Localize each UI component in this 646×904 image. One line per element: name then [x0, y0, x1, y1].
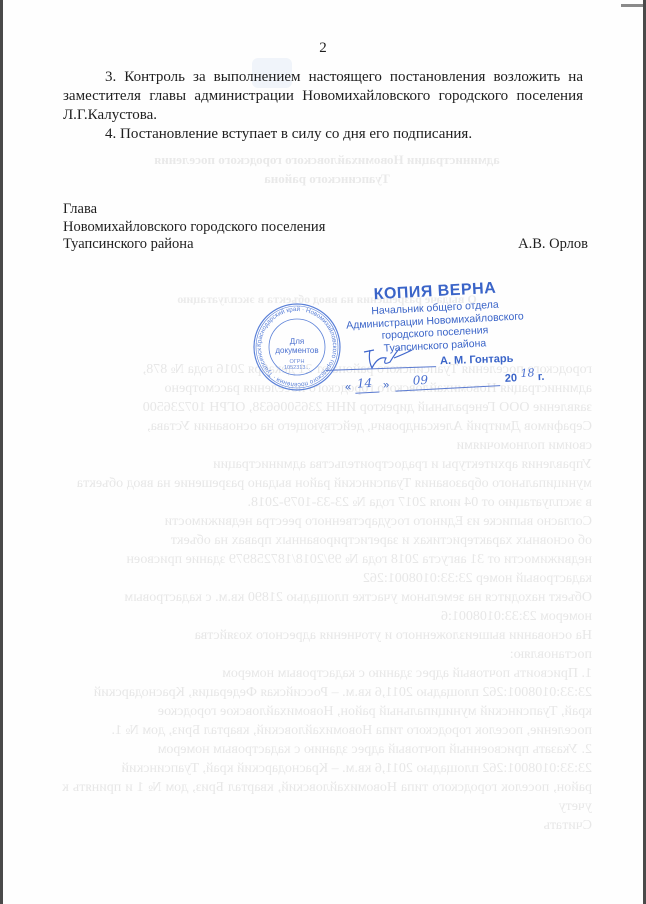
signatory-org: Новомихайловского городского поселения: [63, 219, 588, 237]
show-through-line: 2. Указать присвоенный почтовый адрес зд…: [62, 740, 592, 759]
date-month: 09: [412, 373, 428, 388]
paragraph-3: 3. Контроль за выполнением настоящего по…: [63, 68, 583, 125]
signatory-title: Глава: [63, 201, 588, 219]
show-through-line: недвижимости от 31 августа 2018 года № 9…: [62, 550, 592, 569]
svg-text:1052313...: 1052313...: [284, 365, 310, 371]
show-through-line: администрации Новомихайловского городско…: [62, 150, 592, 169]
show-through-line: Объект находится на земельном участке пл…: [62, 588, 592, 607]
show-through-line: Управления архитектуры и градостроительс…: [62, 455, 592, 474]
date-year-suffix: 18: [520, 366, 535, 380]
document-page: администрации Новомихайловского городско…: [0, 0, 646, 904]
show-through-line: в эксплуатацию от 04 июля 2017 года № 23…: [62, 493, 592, 512]
show-through-line: Серафимов Дмитрий Александрович, действу…: [62, 417, 592, 436]
date-open-quote: «: [345, 381, 352, 393]
show-through-line: 23:33:0108001:262 площадью 2011,6 кв.м. …: [62, 759, 592, 778]
scan-corner-mark: [621, 4, 643, 7]
show-through-line: кадастровый номер 23:33:0108001:262: [62, 569, 592, 588]
signature-block: Глава Новомихайловского городского посел…: [63, 201, 588, 254]
certifier-name: А. М. Гонтарь: [440, 353, 514, 368]
date-close-quote: »: [383, 379, 390, 391]
show-through-line: поселение, поселок городского типа Новом…: [62, 721, 592, 740]
paragraph-text: 3. Контроль за выполнением настоящего по…: [63, 69, 583, 123]
date-day: 14: [357, 376, 373, 391]
show-through-line: Туапсинского района: [62, 169, 592, 188]
copy-certification-stamp: КОПИЯ ВЕРНА Начальник общего отдела Адми…: [345, 282, 525, 352]
show-through-line: постановляю:: [62, 645, 592, 664]
show-through-line: На основании вышеизложенного и уточнения…: [62, 626, 592, 645]
show-through-line: номером 23:33:0108001:6: [62, 607, 592, 626]
date-year-prefix: 20: [505, 372, 518, 385]
date-day-line: [355, 391, 379, 393]
show-through-line: Согласно выписке из Единого государствен…: [62, 512, 592, 531]
show-through-header: администрации Новомихайловского городско…: [62, 150, 592, 188]
signatory-district: Туапсинского района: [63, 236, 588, 254]
show-through-line: район, поселок городского типа Новомихай…: [62, 778, 592, 816]
paragraph-text: 4. Постановление вступает в силу со дня …: [105, 126, 472, 142]
page-number: 2: [0, 40, 646, 57]
show-through-line: 23:33:0108001:262 площадью 2011,6 кв.м. …: [62, 683, 592, 702]
show-through-line: муниципального образования Туапсинский р…: [62, 474, 592, 493]
show-through-line: заявление ООО Генеральный директор ИНН 2…: [62, 398, 592, 417]
show-through-line: 1. Присвоить почтовый адрес зданию с кад…: [62, 664, 592, 683]
scan-edge-left: [0, 0, 3, 904]
signatory-name: А.В. Орлов: [518, 236, 588, 254]
show-through-line: об основных характеристиках и зарегистри…: [62, 531, 592, 550]
date-month-line: [395, 385, 500, 391]
show-through-body: городского поселения Туапсинского района…: [62, 360, 592, 835]
show-through-line: Считать: [62, 816, 592, 835]
show-through-line: своими полномочиями: [62, 436, 592, 455]
show-through-line: край, Туапсинский муниципальный район, Н…: [62, 702, 592, 721]
svg-text:Для: Для: [290, 337, 304, 346]
svg-text:документов: документов: [275, 346, 318, 355]
date-suffix: г.: [538, 371, 545, 383]
paragraph-4: 4. Постановление вступает в силу со дня …: [63, 125, 583, 144]
